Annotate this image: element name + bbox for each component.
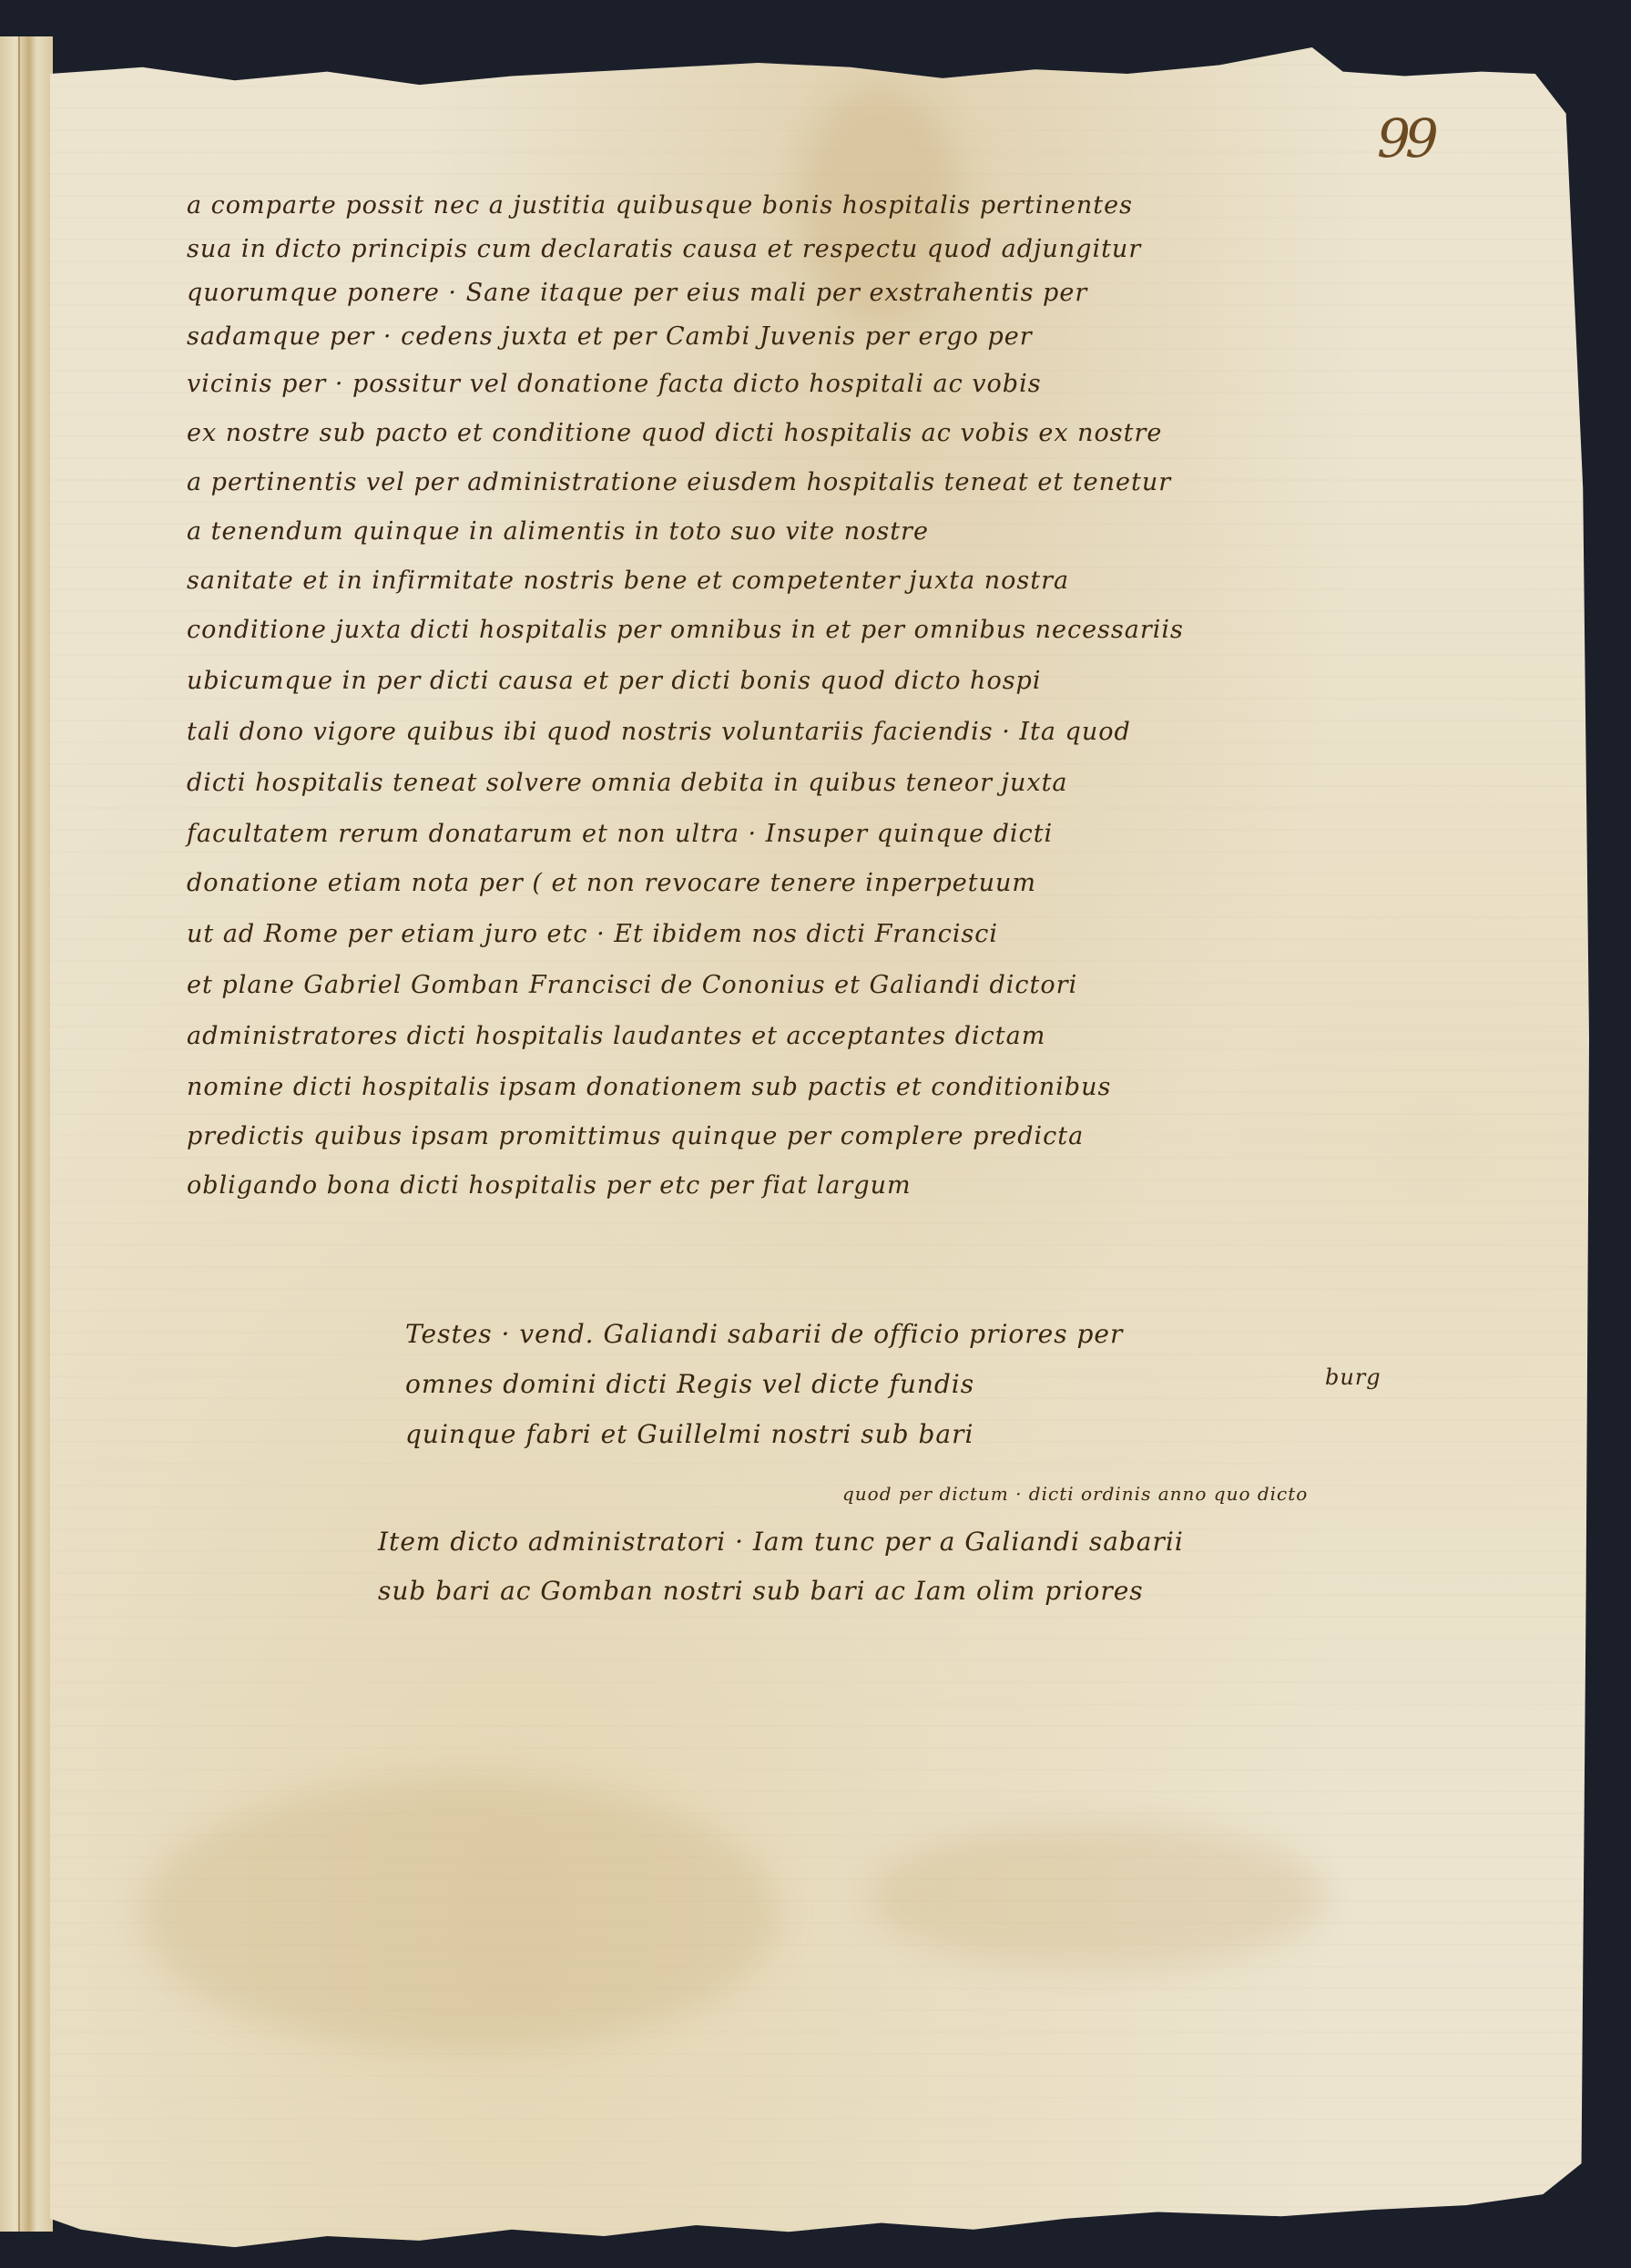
text-line: donatione etiam nota per ( et non revoca… xyxy=(187,869,1036,897)
text-line: Item dicto administratori · Iam tunc per… xyxy=(378,1527,1184,1557)
water-stain xyxy=(141,1778,779,2051)
text-line: dicti hospitalis teneat solvere omnia de… xyxy=(187,769,1068,797)
text-line: sadamque per · cedens juxta et per Cambi… xyxy=(187,322,1033,351)
text-line: a comparte possit nec a justitia quibusq… xyxy=(187,191,1133,220)
margin-note: burg xyxy=(1325,1364,1381,1390)
folio-number: 99 xyxy=(1377,107,1433,169)
text-line: ubicumque in per dicti causa et per dict… xyxy=(187,667,1041,695)
text-line: facultatem rerum donatarum et non ultra … xyxy=(187,820,1053,848)
text-line: quinque fabri et Guillelmi nostri sub ba… xyxy=(405,1419,974,1449)
text-line: obligando bona dicti hospitalis per etc … xyxy=(187,1171,912,1200)
text-line: ut ad Rome per etiam juro etc · Et ibide… xyxy=(187,920,998,948)
text-line: quorumque ponere · Sane itaque per eius … xyxy=(187,279,1087,307)
text-line: conditione juxta dicti hospitalis per om… xyxy=(187,616,1184,644)
text-line: vicinis per · possitur vel donatione fac… xyxy=(187,370,1042,398)
text-line: tali dono vigore quibus ibi quod nostris… xyxy=(187,718,1131,746)
book-edge-stack xyxy=(0,36,53,2232)
text-line: a tenendum quinque in alimentis in toto … xyxy=(187,517,929,546)
text-line: et plane Gabriel Gomban Francisci de Con… xyxy=(187,971,1077,999)
text-line: administratores dicti hospitalis laudant… xyxy=(187,1022,1045,1050)
text-line: ex nostre sub pacto et conditione quod d… xyxy=(187,419,1162,447)
text-line: quod per dictum · dicti ordinis anno quo… xyxy=(842,1483,1308,1505)
text-line: a pertinentis vel per administratione ei… xyxy=(187,468,1171,496)
text-line: sub bari ac Gomban nostri sub bari ac Ia… xyxy=(378,1576,1144,1606)
text-line: omnes domini dicti Regis vel dicte fundi… xyxy=(405,1369,974,1399)
text-line: predictis quibus ipsam promittimus quinq… xyxy=(187,1122,1084,1150)
text-line: Testes · vend. Galiandi sabarii de offic… xyxy=(405,1319,1123,1349)
text-line: sua in dicto principis cum declaratis ca… xyxy=(187,235,1141,263)
text-line: nomine dicti hospitalis ipsam donationem… xyxy=(187,1073,1111,1101)
text-line: sanitate et in infirmitate nostris bene … xyxy=(187,567,1069,595)
water-stain xyxy=(870,1824,1325,1969)
